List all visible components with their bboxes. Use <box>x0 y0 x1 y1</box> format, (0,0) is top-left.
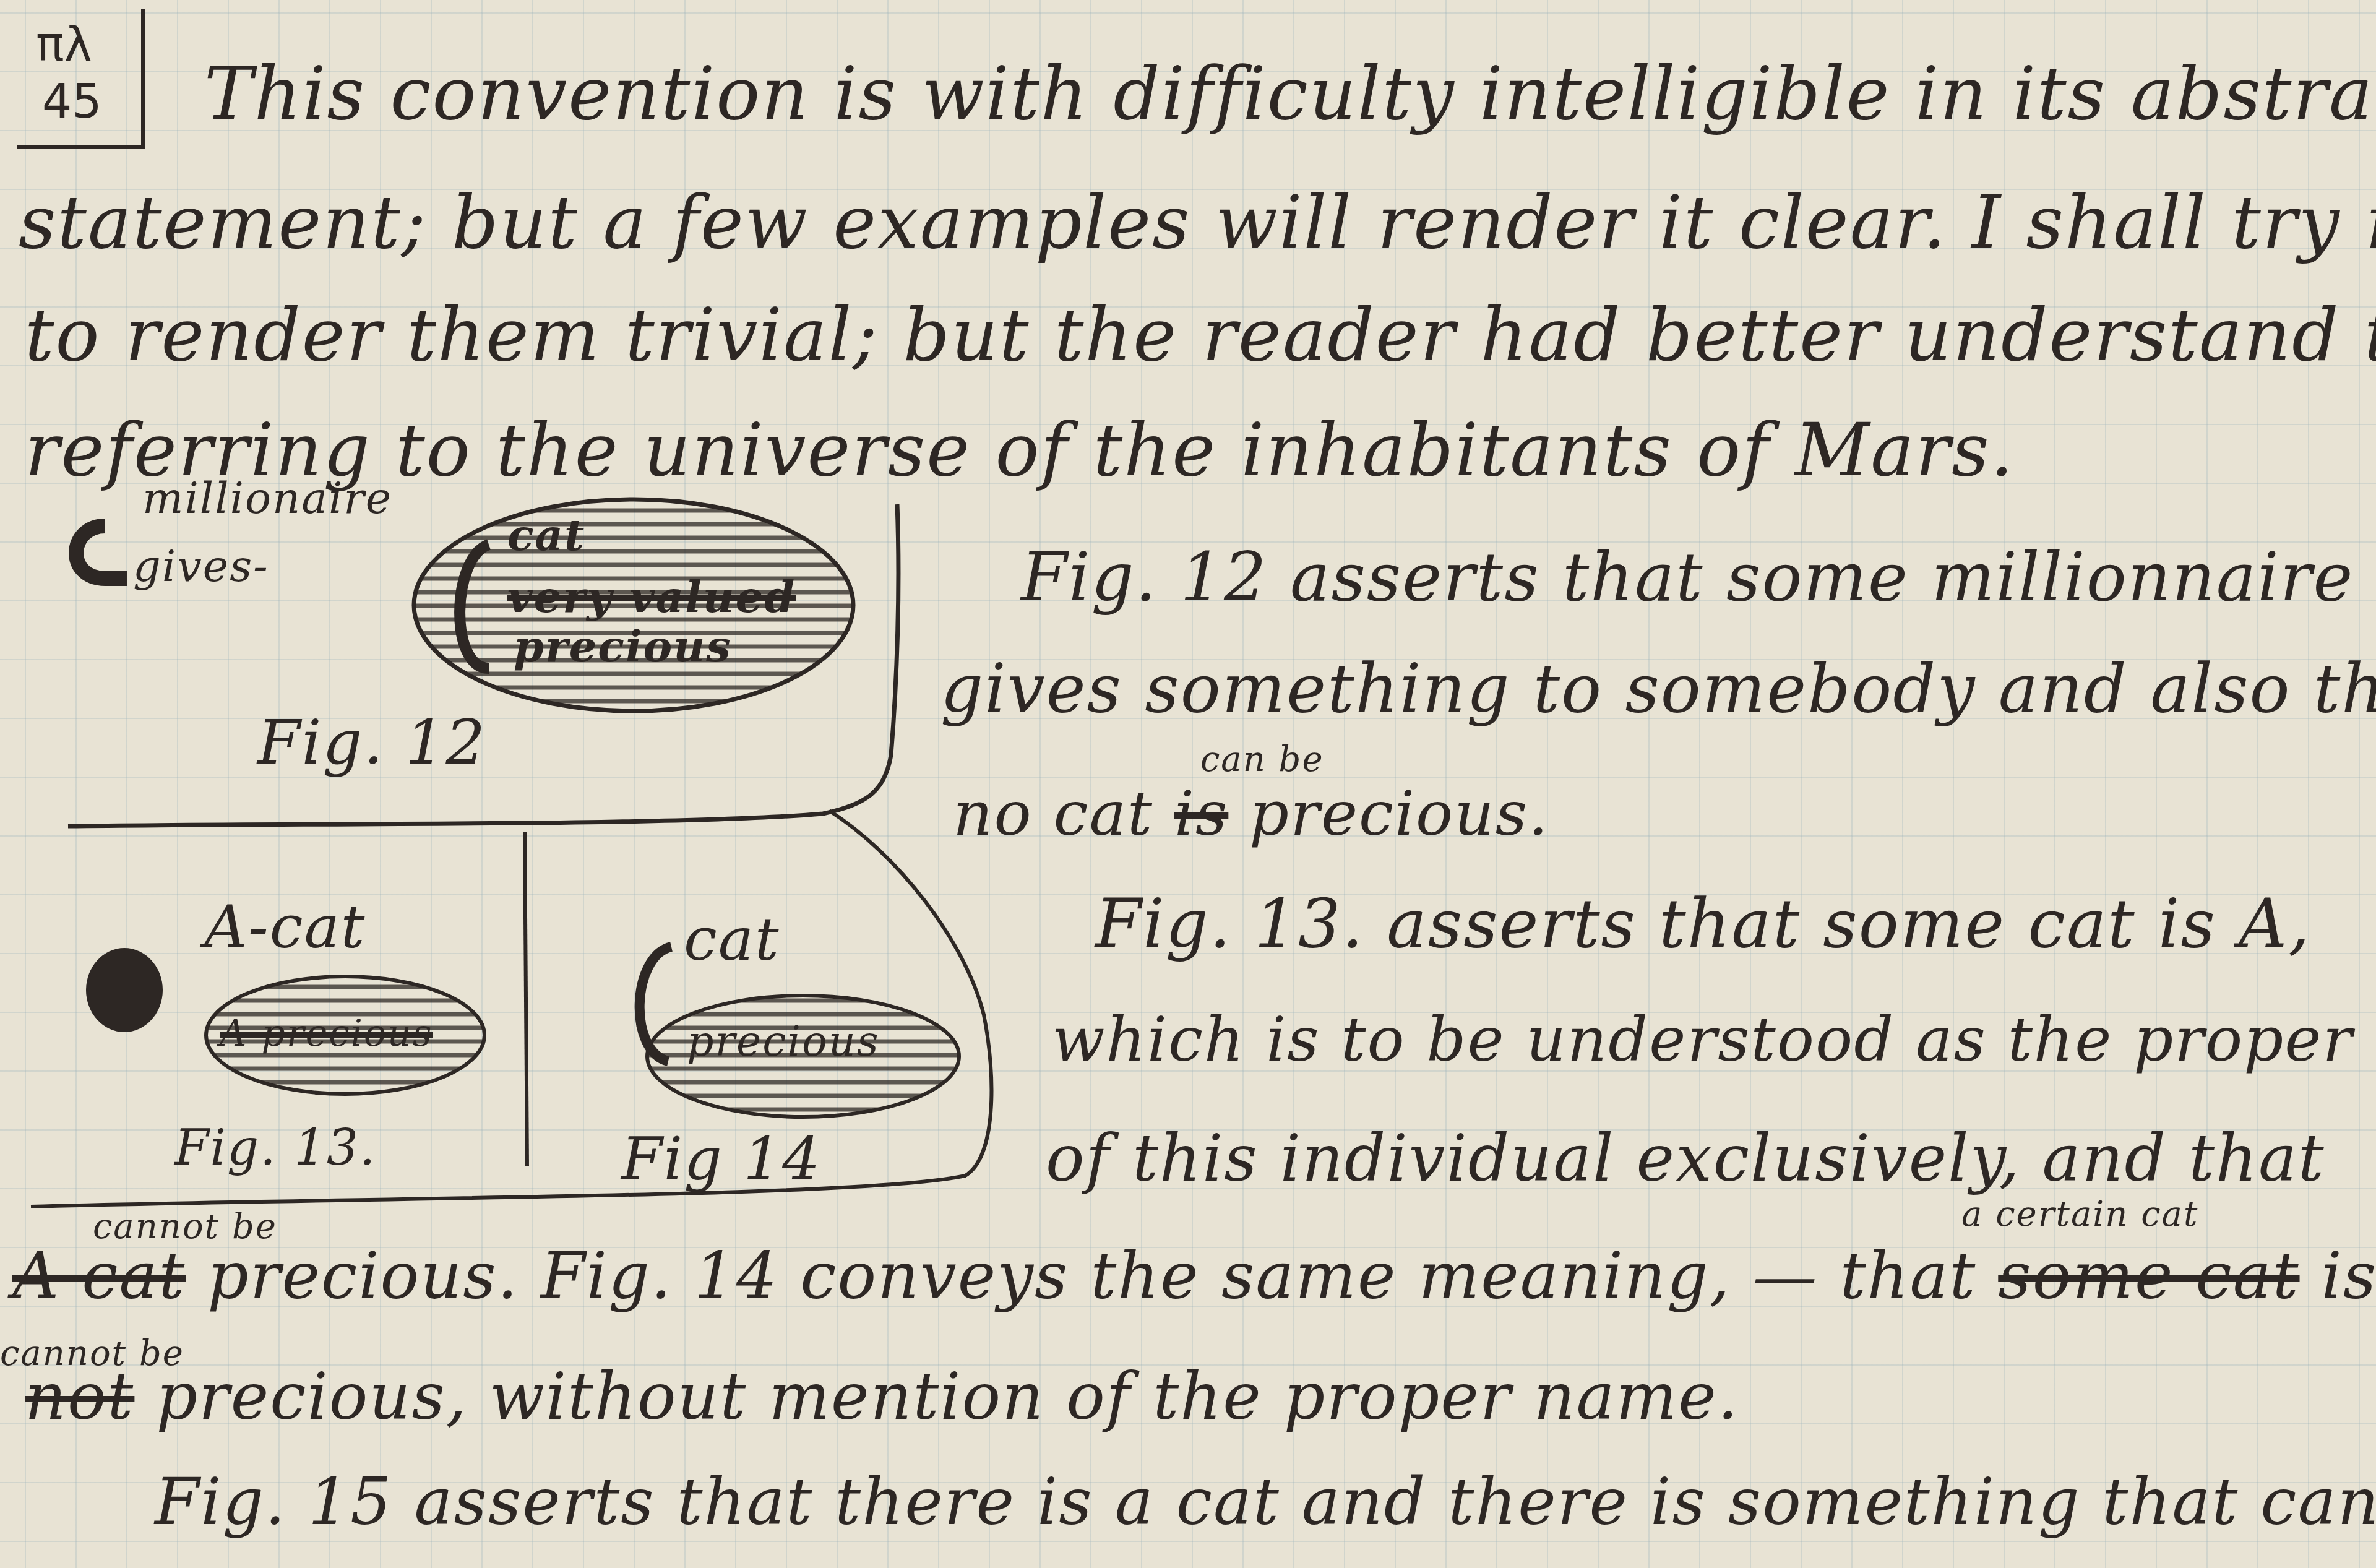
page-marker-symbol: πλ <box>36 21 92 68</box>
fig12-relation-top: millionaire <box>142 476 392 520</box>
fig12-insert: can be <box>1200 743 1324 777</box>
fig13-label: Fig. 13. <box>174 1123 376 1173</box>
fig12-ellipse-top: cat <box>507 514 585 557</box>
fig13-fig14-divider <box>525 832 527 1166</box>
fig12-desc-line-3-struck: is <box>1174 777 1228 850</box>
paragraph-2-line-2: not precious, without mention of the pro… <box>25 1364 1739 1429</box>
fig12-label: Fig. 12 <box>257 712 486 773</box>
paragraph-1-line-3: to render them trivial; but the reader h… <box>25 298 2376 371</box>
fig12-relation-bottom: gives- <box>133 545 269 588</box>
fig13-desc-line-2: which is to be understood as the proper … <box>1052 1009 2376 1070</box>
fig14-ellipse-text: precious <box>687 1021 880 1063</box>
paragraph-2-line-1-post: is <box>2300 1238 2376 1314</box>
fig12-desc-line-2: gives something to somebody and also tha… <box>940 656 2376 723</box>
paragraph-2-line-1-struck: A cat <box>12 1238 186 1314</box>
fig14-top: cat <box>684 910 780 969</box>
fig13-ellipse-text: A-precious <box>220 1015 433 1052</box>
fig14-label: Fig 14 <box>621 1129 821 1189</box>
fig12-desc-line-1: Fig. 12 asserts that some millionnaire <box>1021 545 2354 611</box>
page-marker-number: 45 <box>42 78 102 125</box>
fig13-desc-line-3: of this individual exclusively, and that <box>1046 1126 2325 1191</box>
paragraph-2-line-2-struck: not <box>25 1359 134 1434</box>
paragraph-2-line-1: A cat precious. Fig. 14 conveys the same… <box>12 1244 2376 1308</box>
fig13-relation: A-cat <box>204 897 366 957</box>
paragraph-1-line-2: statement; but a few examples will rende… <box>19 186 2376 259</box>
page-marker: πλ 45 <box>17 9 145 149</box>
fig13-individual-dot <box>86 948 163 1032</box>
paragraph-1-line-1: This convention is with difficulty intel… <box>204 57 2376 130</box>
fig12-ellipse-struck: very valued <box>507 575 796 619</box>
fig12-ellipse-bottom: precious <box>514 625 732 668</box>
fig12-desc-line-3-pre: no cat <box>953 777 1174 850</box>
paragraph-2-line-1-struck-2: some cat <box>1998 1238 2299 1314</box>
fig12-desc-line-3: no cat is precious. <box>953 783 1549 845</box>
fig13-insert: a certain cat <box>1961 1197 2198 1232</box>
fig13-desc-line-1: Fig. 13. asserts that some cat is A, <box>1095 891 2311 958</box>
fig12-desc-line-3-post: precious. <box>1228 777 1549 850</box>
paragraph-2-line-1-pre: precious. Fig. 14 conveys the same meani… <box>186 1238 1998 1314</box>
paragraph-2-line-2-rest: precious, without mention of the proper … <box>134 1359 1739 1434</box>
paragraph-2-line-3: Fig. 15 asserts that there is a cat and … <box>155 1470 2376 1534</box>
